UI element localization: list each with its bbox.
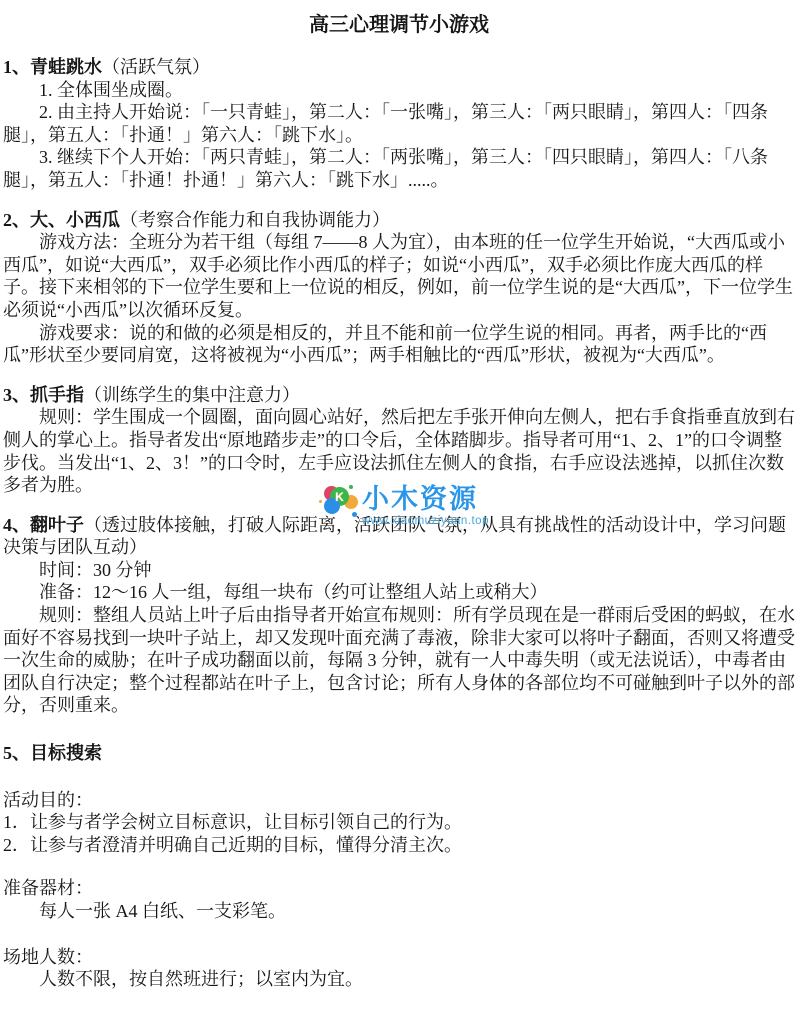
paragraph: 场地人数： bbox=[3, 946, 795, 969]
paragraph: 准备器材： bbox=[3, 877, 795, 900]
paragraph: 游戏要求：说的和做的必须是相反的，并且不能和前一位学生说的相同。再者，两手比的“… bbox=[3, 322, 795, 367]
paragraph: 1．让参与者学会树立目标意识，让目标引领自己的行为。 bbox=[3, 811, 795, 834]
paragraph: 活动目的： bbox=[3, 789, 795, 812]
section-2-heading-note: （考察合作能力和自我协调能力） bbox=[120, 210, 390, 230]
paragraph: 游戏方法：全班分为若干组（每组 7——8 人为宜），由本班的任一位学生开始说，“… bbox=[3, 231, 795, 321]
logo-letter-k: K bbox=[330, 487, 349, 506]
logo-dot-blue-icon bbox=[352, 512, 357, 517]
watermark-url: www.xiaomuziyuan.top bbox=[362, 514, 489, 528]
paragraph: 3. 继续下个人开始：「两只青蛙」，第二人：「两张嘴」，第三人：「四只眼睛」，第… bbox=[3, 146, 795, 191]
section-1-heading-label: 1、青蛙跳水 bbox=[3, 57, 102, 77]
section-3-heading-label: 3、抓手指 bbox=[3, 385, 84, 405]
section-1-heading-note: （活跃气氛） bbox=[102, 57, 210, 77]
paragraph: 人数不限，按自然班进行；以室内为宜。 bbox=[3, 968, 795, 991]
watermark-brand: 小木资源 bbox=[362, 484, 489, 514]
watermark-text: 小木资源 www.xiaomuziyuan.top bbox=[362, 484, 489, 528]
logo-dot-yellow-icon bbox=[319, 500, 322, 503]
paragraph: 2．让参与者澄清并明确自己近期的目标，懂得分清主次。 bbox=[3, 834, 795, 857]
section-1-heading: 1、青蛙跳水（活跃气氛） bbox=[3, 56, 795, 79]
section-3-heading: 3、抓手指（训练学生的集中注意力） bbox=[3, 384, 795, 407]
paragraph: 2. 由主持人开始说：「一只青蛙」，第二人：「一张嘴」，第三人：「两只眼睛」，第… bbox=[3, 101, 795, 146]
paragraph: 准备：12～16 人一组，每组一块布（约可让整组人站上或稍大） bbox=[3, 581, 795, 604]
paragraph: 时间：30 分钟 bbox=[3, 559, 795, 582]
paragraph: 每人一张 A4 白纸、一支彩笔。 bbox=[3, 900, 795, 923]
watermark: K 小木资源 www.xiaomuziyuan.top bbox=[318, 484, 489, 532]
document-page: 高三心理调节小游戏 1、青蛙跳水（活跃气氛） 1. 全体围坐成圈。 2. 由主持… bbox=[0, 0, 801, 1024]
section-3-heading-note: （训练学生的集中注意力） bbox=[84, 385, 300, 405]
brand-logo-icon: K bbox=[318, 484, 360, 532]
section-2-heading: 2、大、小西瓜（考察合作能力和自我协调能力） bbox=[3, 209, 795, 232]
section-2-heading-label: 2、大、小西瓜 bbox=[3, 210, 120, 230]
section-5-heading-label: 5、目标搜索 bbox=[3, 743, 102, 763]
logo-dot-green-icon bbox=[349, 485, 353, 489]
paragraph: 1. 全体围坐成圈。 bbox=[3, 79, 795, 102]
page-title: 高三心理调节小游戏 bbox=[3, 12, 795, 38]
paragraph: 规则：整组人员站上叶子后由指导者开始宣布规则：所有学员现在是一群雨后受困的蚂蚁，… bbox=[3, 604, 795, 717]
section-4-heading-label: 4、翻叶子 bbox=[3, 515, 84, 535]
section-5-heading: 5、目标搜索 bbox=[3, 742, 795, 765]
